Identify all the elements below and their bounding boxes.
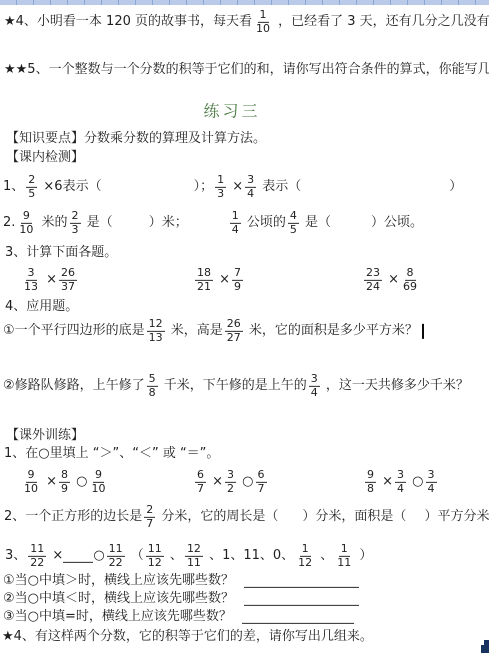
fraction-numerator: 5	[147, 373, 158, 387]
text-segment: ③当○中填=时，横线上应该先哪些数？	[3, 609, 232, 625]
section-extra-practice: 【课外训练】	[6, 428, 84, 444]
fraction-numerator: 23	[364, 267, 382, 281]
text-segment: ×	[208, 474, 223, 490]
text-segment: ★4、有这样两个分数，它的积等于它们的差，请你写出几组来。	[2, 629, 373, 645]
fraction-denominator: 9	[59, 483, 70, 496]
text-segment: 【知识要点】分数乘分数的算理及计算方法。	[6, 131, 266, 147]
text-segment: 米，高是	[167, 323, 223, 339]
fraction: 2324	[364, 267, 382, 293]
text-segment: 米的	[37, 215, 67, 231]
answer-space	[234, 581, 244, 582]
fraction-numerator: 3	[309, 373, 320, 387]
fraction-numerator: 1	[215, 174, 226, 188]
word-problem-1: ①一个平行四边形的底是1213 米，高是2627 米，它的面积是多少平方米？	[3, 318, 424, 344]
text-segment: 、	[166, 548, 183, 564]
fraction-denominator: 7	[195, 483, 206, 496]
fraction-numerator: 3	[426, 469, 437, 483]
answer-space	[102, 187, 194, 188]
q3-label: 3、计算下面各题。	[5, 245, 117, 261]
word-problem-2: ②修路队修路，上午修了58 千米，下午修的是上午的34 ，这一天共修多少千米？	[3, 373, 469, 399]
fraction-numerator: 3	[225, 469, 236, 483]
fraction-denominator: 21	[195, 281, 213, 294]
text-segment: ★★5、一个整数与一个分数的积等于它们的和，请你写出符合条件的算式，你能写几组吗	[4, 62, 489, 78]
text-segment: ）	[449, 179, 462, 195]
answer-space	[331, 223, 371, 224]
fraction-denominator: 4	[395, 483, 406, 496]
fraction-numerator: 2	[144, 504, 155, 518]
fraction: 67	[256, 469, 267, 495]
text-segment: 是（	[83, 215, 113, 231]
fraction: 1821	[195, 267, 213, 293]
fraction: 34	[426, 469, 437, 495]
text-segment: ★4、小明看一本 120 页的故事书，每天看	[4, 14, 252, 30]
problem-star5: ★★5、一个整数与一个分数的积等于它们的和，请你写出符合条件的算式，你能写几组吗	[4, 62, 489, 78]
fraction-numerator: 2	[70, 210, 81, 224]
fraction-numerator: 9	[26, 469, 37, 483]
document-page[interactable]: 练习三 ★4、小明看一本 120 页的故事书，每天看110 ，已经看了 3 天，…	[0, 0, 489, 653]
text-segment: 公顷的	[243, 215, 286, 231]
fraction-denominator: 10	[22, 483, 40, 496]
text-segment: 分米，它的周长是（	[157, 509, 278, 525]
text-segment: 1、	[3, 179, 24, 195]
fraction-denominator: 12	[146, 557, 164, 570]
text-segment: ，这一天共修多少千米？	[322, 378, 469, 394]
ruler-strip	[0, 0, 489, 5]
fraction-denominator: 3	[215, 188, 226, 201]
extra2-square: 2、一个正方形的边长是27 分米，它的周长是（）分米，面积是（）平方分米。	[4, 504, 489, 530]
fraction-numerator: 9	[365, 469, 376, 483]
fraction: 13	[215, 174, 226, 200]
text-segment: 是（	[301, 215, 331, 231]
calc-expression-3: 2324 ×869	[362, 267, 421, 293]
fraction-numerator: 6	[256, 469, 267, 483]
fraction: 2637	[59, 267, 77, 293]
answer-space	[406, 517, 424, 518]
answer-space	[232, 617, 242, 618]
fraction-numerator: 3	[26, 267, 37, 281]
text-segment: ○	[408, 474, 423, 490]
fraction-numerator: 3	[245, 174, 256, 188]
fraction-denominator: 11	[335, 557, 353, 570]
fraction-denominator: 24	[364, 281, 382, 294]
fraction-denominator: 5	[288, 224, 299, 237]
fraction-denominator: 13	[22, 281, 40, 294]
fraction: 869	[401, 267, 419, 293]
text-segment: （	[127, 548, 144, 564]
answer-space	[278, 517, 302, 518]
fraction: 27	[144, 504, 155, 530]
fraction: 910	[22, 469, 40, 495]
fraction-numerator: 8	[59, 469, 70, 483]
text-segment: ）；	[194, 179, 214, 195]
fraction-numerator: 1	[339, 543, 350, 557]
text-segment: ×	[228, 179, 243, 195]
fraction-denominator: 69	[401, 281, 419, 294]
fraction-denominator: 22	[107, 557, 125, 570]
text-segment: ）平方分米。	[424, 509, 489, 525]
fraction: 14	[230, 210, 241, 236]
fraction-numerator: 12	[147, 318, 165, 332]
fraction: 79	[232, 267, 243, 293]
text-segment: ①一个平行四边形的底是	[3, 323, 145, 339]
compare-expression-1: 910 ×89 ○910	[20, 469, 110, 495]
fraction-denominator: 4	[426, 483, 437, 496]
fraction-numerator: 1	[258, 9, 269, 23]
fraction: 25	[26, 174, 37, 200]
text-segment: ）	[355, 548, 372, 564]
fraction-numerator: 3	[395, 469, 406, 483]
fraction-denominator: 12	[296, 557, 314, 570]
fraction-denominator: 10	[254, 23, 272, 36]
fraction: 98	[365, 469, 376, 495]
calc-expression-2: 1821 ×79	[193, 267, 245, 293]
text-segment: 4、应用题。	[5, 299, 78, 315]
text-segment: ○	[72, 474, 87, 490]
window-corner-fragment	[484, 640, 489, 653]
text-segment: 、	[316, 548, 333, 564]
fraction: 34	[245, 174, 256, 200]
fraction: 34	[309, 373, 320, 399]
fraction-numerator: 6	[195, 469, 206, 483]
text-segment: 、1、11、0、	[205, 548, 294, 564]
calc-expression-1: 313 ×2637	[20, 267, 79, 293]
fraction: 1213	[147, 318, 165, 344]
fraction: 23	[70, 210, 81, 236]
text-segment: ×	[384, 272, 399, 288]
problem-star4-top: ★4、小明看一本 120 页的故事书，每天看110 ，已经看了 3 天，还有几分…	[4, 9, 489, 35]
fraction: 1112	[146, 543, 164, 569]
text-segment: ×6表示（	[39, 179, 101, 195]
text-segment: ，已经看了 3 天，还有几分之几没有看？	[274, 14, 489, 30]
answer-space	[301, 187, 449, 188]
text-segment: ×	[215, 272, 230, 288]
answer-space	[113, 223, 149, 224]
fraction-denominator: 11	[185, 557, 203, 570]
extra3-sub1: ①当○中填＞时，横线上应该先哪些数？	[3, 573, 359, 589]
fraction-denominator: 7	[144, 518, 155, 531]
fraction: 45	[288, 210, 299, 236]
text-segment: 千米，下午修的是上午的	[160, 378, 307, 394]
fraction-numerator: 7	[232, 267, 243, 281]
extra3-sub3: ③当○中填=时，横线上应该先哪些数？	[3, 609, 354, 625]
q1-meaning: 1、25 ×6表示（）；13 ×34 表示（）	[3, 174, 462, 200]
fraction-denominator: 4	[245, 188, 256, 201]
text-segment: ②当○中填＜时，横线上应该先哪些数？	[3, 591, 234, 607]
fraction: 67	[195, 469, 206, 495]
text-segment: ×	[48, 548, 63, 564]
fraction-numerator: 12	[185, 543, 203, 557]
fraction-denominator: 10	[90, 483, 108, 496]
q2-fill-blank: 2.910 米的23 是（）米；14 公顷的45 是（）公顷。	[3, 210, 423, 236]
compare-expression-3: 98 ×34 ○34	[363, 469, 439, 495]
page-title: 练习三	[0, 99, 464, 122]
fraction: 910	[90, 469, 108, 495]
text-segment: ○	[93, 548, 104, 564]
fraction: 89	[59, 469, 70, 495]
fraction: 2627	[225, 318, 243, 344]
fraction-denominator: 7	[256, 483, 267, 496]
blank-underline	[63, 549, 93, 564]
text-segment: ）分米，面积是（	[302, 509, 406, 525]
text-segment: ）米；	[149, 215, 188, 231]
text-segment: ×	[42, 272, 57, 288]
fraction: 34	[395, 469, 406, 495]
fraction-numerator: 9	[93, 469, 104, 483]
text-segment: 表示（	[258, 179, 301, 195]
q4-label: 4、应用题。	[5, 299, 78, 315]
fraction-numerator: 11	[107, 543, 125, 557]
text-segment: 【课外训练】	[6, 428, 84, 444]
fraction-numerator: 9	[21, 210, 32, 224]
fraction-denominator: 5	[26, 188, 37, 201]
fraction: 112	[296, 543, 314, 569]
text-segment: ×	[42, 474, 57, 490]
fraction-denominator: 4	[309, 387, 320, 400]
problem-star4-bottom: ★4、有这样两个分数，它的积等于它们的差，请你写出几组来。	[2, 629, 373, 645]
text-cursor	[422, 324, 425, 339]
fraction-numerator: 26	[225, 318, 243, 332]
fraction-numerator: 26	[59, 267, 77, 281]
fraction-numerator: 11	[146, 543, 164, 557]
fraction-denominator: 3	[70, 224, 81, 237]
fraction-numerator: 2	[26, 174, 37, 188]
extra1-label: 1、在○里填上 “＞”、“＜” 或 “＝”。	[4, 446, 219, 462]
text-segment: 3、计算下面各题。	[5, 245, 117, 261]
fraction-numerator: 1	[300, 543, 311, 557]
fraction-denominator: 9	[232, 281, 243, 294]
text-segment: 【课内检测】	[6, 150, 84, 166]
answer-space	[188, 223, 228, 224]
fraction: 111	[335, 543, 353, 569]
blank-underline	[242, 610, 354, 625]
section-knowledge-points: 【知识要点】分数乘分数的算理及计算方法。	[6, 131, 266, 147]
text-segment: 米，它的面积是多少平方米？	[245, 323, 418, 339]
fraction-denominator: 4	[230, 224, 241, 237]
fraction-denominator: 37	[59, 281, 77, 294]
fraction: 910	[17, 210, 35, 236]
fraction-denominator: 27	[225, 332, 243, 345]
section-in-class-test: 【课内检测】	[6, 150, 84, 166]
fraction-denominator: 8	[365, 483, 376, 496]
fraction-denominator: 22	[28, 557, 46, 570]
fraction: 58	[147, 373, 158, 399]
fraction-denominator: 10	[17, 224, 35, 237]
fraction-denominator: 2	[225, 483, 236, 496]
text-segment: 3、	[5, 548, 26, 564]
fraction-numerator: 4	[288, 210, 299, 224]
fraction: 110	[254, 9, 272, 35]
extra3-expression: 3、1122 ×○1122 （1112 、1211 、1、11、0、112 、1…	[5, 543, 372, 569]
fraction: 1211	[185, 543, 203, 569]
text-segment: ）公顷。	[371, 215, 423, 231]
fraction: 1122	[107, 543, 125, 569]
blank-underline	[244, 574, 359, 589]
text-segment: 1、在○里填上 “＞”、“＜” 或 “＝”。	[4, 446, 219, 462]
fraction: 1122	[28, 543, 46, 569]
fraction: 313	[22, 267, 40, 293]
extra3-sub2: ②当○中填＜时，横线上应该先哪些数？	[3, 591, 359, 607]
text-segment: ②修路队修路，上午修了	[3, 378, 145, 394]
fraction-numerator: 8	[405, 267, 416, 281]
text-segment: 2.	[3, 215, 15, 231]
text-segment: 2、一个正方形的边长是	[4, 509, 142, 525]
text-segment: ×	[378, 474, 393, 490]
fraction-denominator: 13	[147, 332, 165, 345]
text-segment: ①当○中填＞时，横线上应该先哪些数？	[3, 573, 234, 589]
answer-space	[234, 599, 244, 600]
blank-underline	[244, 592, 359, 607]
fraction: 32	[225, 469, 236, 495]
fraction-denominator: 8	[147, 387, 158, 400]
text-segment: ○	[238, 474, 253, 490]
fraction-numerator: 1	[230, 210, 241, 224]
compare-expression-2: 67 ×32 ○67	[193, 469, 269, 495]
fraction-numerator: 11	[28, 543, 46, 557]
fraction-numerator: 18	[195, 267, 213, 281]
